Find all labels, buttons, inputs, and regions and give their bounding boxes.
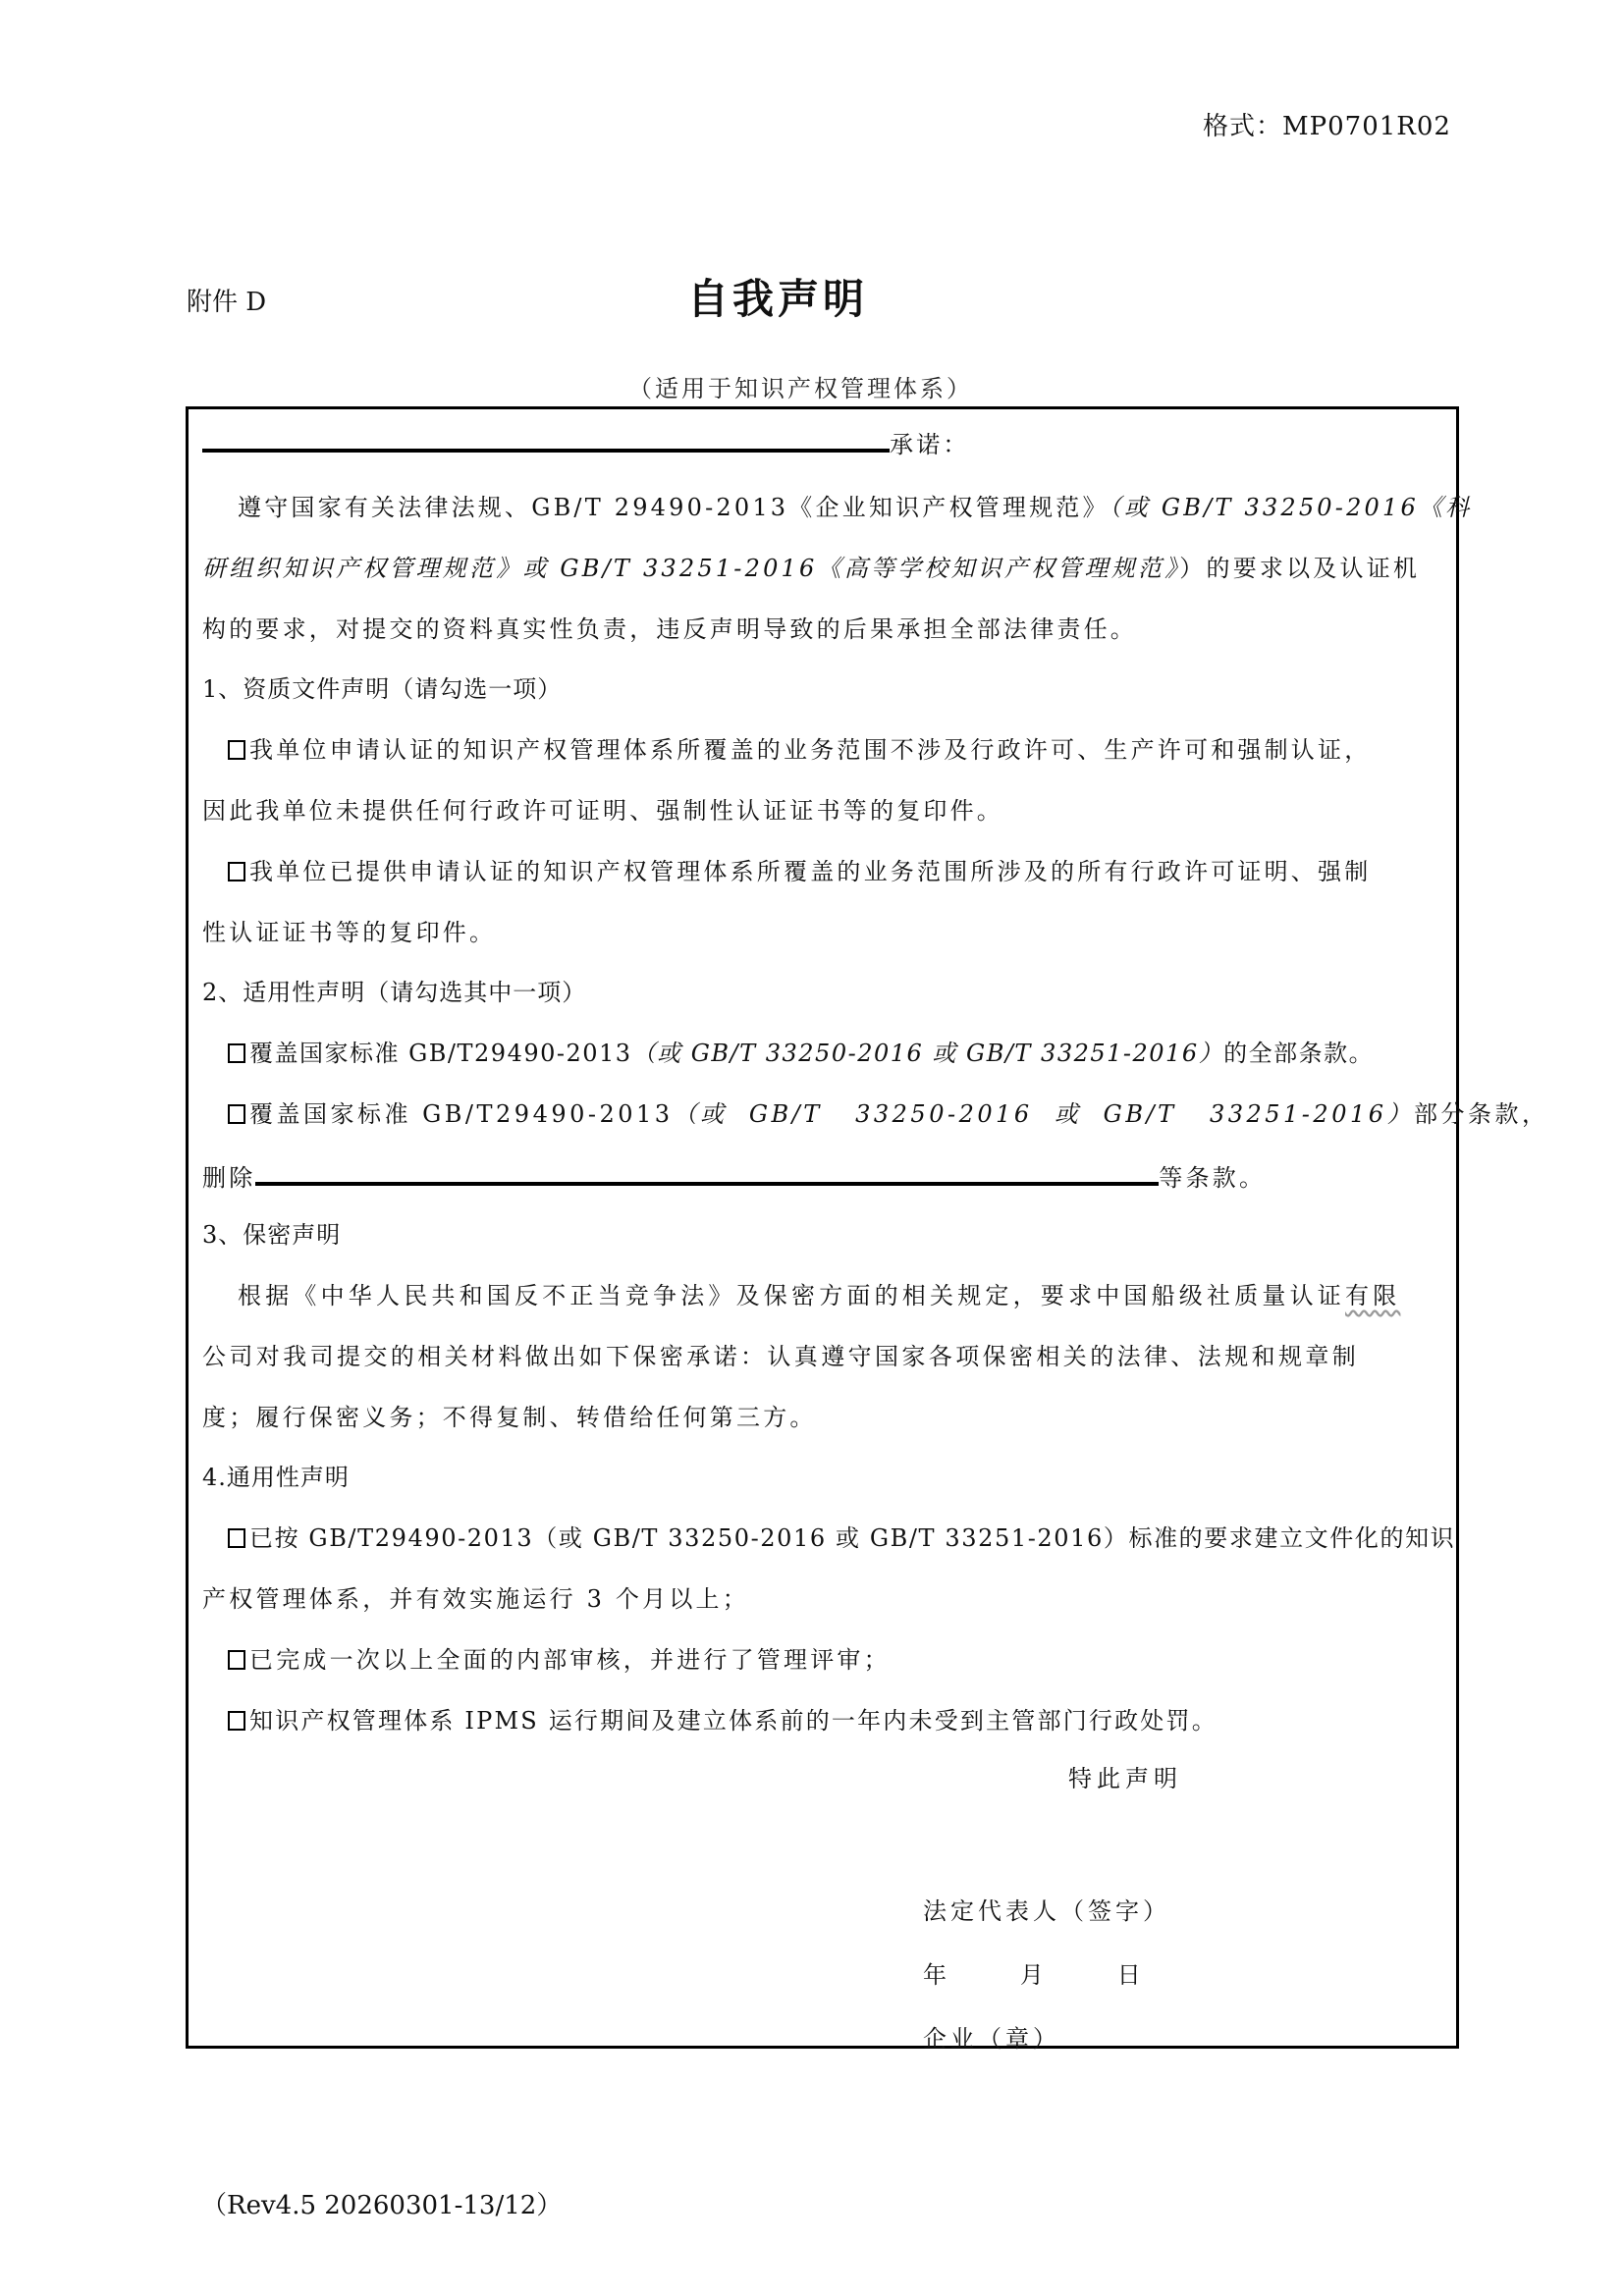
section4-heading: 4.通用性声明 bbox=[202, 1463, 350, 1492]
checkbox[interactable] bbox=[228, 1528, 245, 1548]
legal-rep-signature[interactable]: 法定代表人（签字） bbox=[923, 1896, 1170, 1926]
option-text: 的全部条款。 bbox=[1223, 1040, 1374, 1067]
section1-option-2: 我单位已提供申请认证的知识产权管理体系所覆盖的业务范围所涉及的所有行政许可证明、… bbox=[228, 857, 1371, 886]
option-text: 已完成一次以上全面的内部审核，并进行了管理评审； bbox=[249, 1646, 891, 1674]
document-title: 自我声明 bbox=[687, 267, 868, 326]
option-text: 覆盖国家标准 GB/T29490-2013 bbox=[249, 1040, 632, 1067]
option-text: 部分条款， bbox=[1414, 1100, 1549, 1128]
intro-line-1: 遵守国家有关法律法规、GB/T 29490-2013《企业知识产权管理规范》（或… bbox=[238, 493, 1472, 522]
date-line[interactable]: 年 月 日 bbox=[923, 1960, 1144, 1990]
annex-label: 附件 D bbox=[187, 282, 266, 318]
format-code: 格式：MP0701R02 bbox=[1203, 106, 1451, 142]
intro-text-italic: （或 GB/T 33250-2016《科 bbox=[1110, 494, 1473, 521]
section4-option-1-cont: 产权管理体系，并有效实施运行 3 个月以上； bbox=[202, 1584, 749, 1614]
checkbox[interactable] bbox=[228, 740, 245, 760]
section1-option-1: 我单位申请认证的知识产权管理体系所覆盖的业务范围不涉及行政许可、生产许可和强制认… bbox=[228, 735, 1371, 765]
delete-suffix: 等条款。 bbox=[1159, 1164, 1266, 1192]
option-text: 我单位申请认证的知识产权管理体系所覆盖的业务范围不涉及行政许可、生产许可和强制认… bbox=[249, 736, 1371, 764]
intro-line-3: 构的要求，对提交的资料真实性负责，违反声明导致的后果承担全部法律责任。 bbox=[202, 614, 1137, 644]
option-text-italic: （或 GB/T 33250-2016 或 GB/T 33251-2016） bbox=[674, 1100, 1414, 1128]
intro-line-2: 研组织知识产权管理规范》或 GB/T 33251-2016《高等学校知识产权管理… bbox=[202, 554, 1420, 583]
section3-line-3: 度；履行保密义务；不得复制、转借给任何第三方。 bbox=[202, 1403, 817, 1432]
section2-option-2: 覆盖国家标准 GB/T29490-2013（或 GB/T 33250-2016 … bbox=[228, 1099, 1549, 1129]
closing-statement: 特此声明 bbox=[1068, 1764, 1182, 1793]
section4-option-2: 已完成一次以上全面的内部审核，并进行了管理评审； bbox=[228, 1645, 891, 1675]
section4-option-3: 知识产权管理体系 IPMS 运行期间及建立体系前的一年内未受到主管部门行政处罚。 bbox=[228, 1706, 1218, 1735]
day-label: 日 bbox=[1117, 1961, 1144, 1989]
section3-line-2: 公司对我司提交的相关材料做出如下保密承诺：认真遵守国家各项保密相关的法律、法规和… bbox=[202, 1342, 1359, 1371]
section1-option-2-cont: 性认证证书等的复印件。 bbox=[202, 918, 496, 947]
delete-prefix: 删除 bbox=[202, 1164, 255, 1192]
section4-option-1: 已按 GB/T29490-2013（或 GB/T 33250-2016 或 GB… bbox=[228, 1523, 1455, 1553]
intro-text: ）的要求以及认证机 bbox=[1179, 555, 1420, 582]
checkbox[interactable] bbox=[228, 1650, 245, 1670]
spellcheck-flagged-text: 有限 bbox=[1345, 1282, 1400, 1309]
commitment-suffix: 承诺： bbox=[890, 431, 970, 458]
checkbox[interactable] bbox=[228, 1104, 245, 1124]
option-text: 覆盖国家标准 GB/T29490-2013 bbox=[249, 1100, 674, 1128]
declaration-box: 承诺： 遵守国家有关法律法规、GB/T 29490-2013《企业知识产权管理规… bbox=[186, 406, 1459, 2049]
section1-option-1-cont: 因此我单位未提供任何行政许可证明、强制性认证证书等的复印件。 bbox=[202, 796, 1003, 826]
intro-text-italic: 研组织知识产权管理规范》或 GB/T 33251-2016《高等学校知识产权管理… bbox=[202, 555, 1179, 582]
intro-text: 遵守国家有关法律法规、GB/T 29490-2013《企业知识产权管理规范》 bbox=[238, 494, 1110, 521]
option-text-italic: （或 GB/T 33250-2016 或 GB/T 33251-2016） bbox=[632, 1040, 1224, 1067]
commitment-line: 承诺： bbox=[202, 427, 970, 459]
document-subtitle: （适用于知识产权管理体系） bbox=[628, 369, 973, 403]
revision-footer: （Rev4.5 20260301-13/12） bbox=[201, 2185, 562, 2221]
option-text: 已按 GB/T29490-2013（或 GB/T 33250-2016 或 GB… bbox=[249, 1524, 1455, 1552]
checkbox[interactable] bbox=[228, 862, 245, 881]
company-seal[interactable]: 企业（章） bbox=[923, 2024, 1060, 2054]
section2-heading: 2、适用性声明（请勾选其中一项） bbox=[202, 978, 586, 1007]
checkbox[interactable] bbox=[228, 1043, 245, 1063]
signer-name-blank[interactable] bbox=[202, 427, 890, 453]
section2-option-1: 覆盖国家标准 GB/T29490-2013（或 GB/T 33250-2016 … bbox=[228, 1039, 1374, 1068]
option-text: 我单位已提供申请认证的知识产权管理体系所覆盖的业务范围所涉及的所有行政许可证明、… bbox=[249, 858, 1371, 885]
option-text: 知识产权管理体系 IPMS 运行期间及建立体系前的一年内未受到主管部门行政处罚。 bbox=[249, 1707, 1218, 1735]
section2-delete-line: 删除等条款。 bbox=[202, 1160, 1266, 1193]
confidential-text: 根据《中华人民共和国反不正当竞争法》及保密方面的相关规定，要求中国船级社质量认证 bbox=[238, 1282, 1345, 1309]
checkbox[interactable] bbox=[228, 1711, 245, 1731]
section1-heading: 1、资质文件声明（请勾选一项） bbox=[202, 674, 562, 704]
section3-line-1: 根据《中华人民共和国反不正当竞争法》及保密方面的相关规定，要求中国船级社质量认证… bbox=[238, 1281, 1400, 1310]
year-label: 年 bbox=[923, 1961, 949, 1989]
deleted-clauses-blank[interactable] bbox=[255, 1160, 1159, 1186]
month-label: 月 bbox=[1020, 1961, 1047, 1989]
section3-heading: 3、保密声明 bbox=[202, 1220, 341, 1250]
